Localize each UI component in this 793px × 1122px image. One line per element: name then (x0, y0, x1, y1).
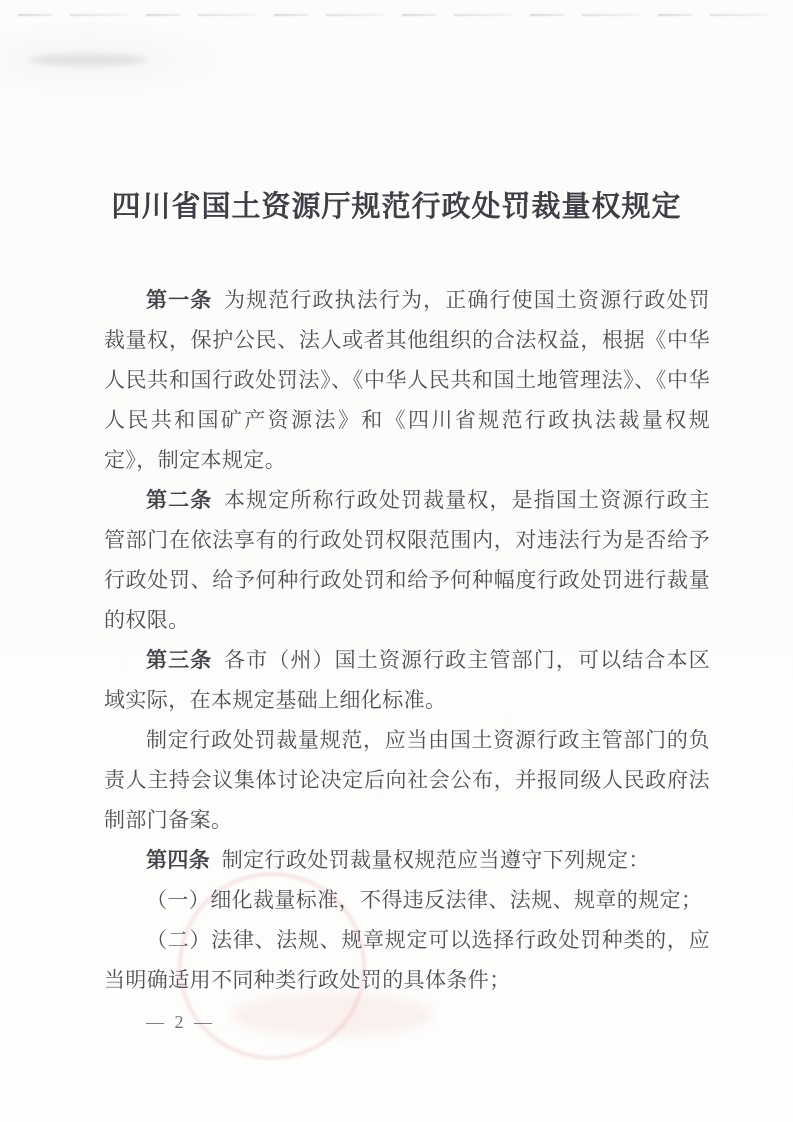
paragraph-text: 为规范行政执法行为，正确行使国土资源行政处罚裁量权，保护公民、法人或者其他组织的… (104, 288, 710, 472)
article-label: 第一条 (146, 288, 212, 312)
article-label: 第二条 (146, 488, 212, 512)
article-label: 第四条 (146, 848, 210, 872)
article-label: 第三条 (146, 648, 212, 672)
scan-smudge (28, 54, 148, 66)
document-body: 第一条为规范行政执法行为，正确行使国土资源行政处罚裁量权，保护公民、法人或者其他… (104, 280, 710, 1000)
document-page: 四川省国土资源厅规范行政处罚裁量权规定 第一条为规范行政执法行为，正确行使国土资… (0, 0, 793, 1122)
paragraph-text: 制定行政处罚裁量规范，应当由国土资源行政主管部门的负责人主持会议集体讨论决定后向… (104, 728, 710, 832)
seal-bleed-wash (232, 994, 432, 1036)
page-number: — 2 — (146, 1012, 215, 1033)
paragraph: 制定行政处罚裁量规范，应当由国土资源行政主管部门的负责人主持会议集体讨论决定后向… (104, 720, 710, 840)
paragraph: 第二条本规定所称行政处罚裁量权，是指国土资源行政主管部门在依法享有的行政处罚权限… (104, 480, 710, 640)
paragraph: 第四条制定行政处罚裁量权规范应当遵守下列规定： (104, 840, 710, 880)
paragraph-text: 制定行政处罚裁量权规范应当遵守下列规定： (222, 848, 650, 872)
paragraph: 第三条各市（州）国土资源行政主管部门，可以结合本区域实际，在本规定基础上细化标准… (104, 640, 710, 720)
scan-artifact-line (18, 14, 778, 16)
document-title: 四川省国土资源厅规范行政处罚裁量权规定 (0, 184, 793, 225)
paragraph: 第一条为规范行政执法行为，正确行使国土资源行政处罚裁量权，保护公民、法人或者其他… (104, 280, 710, 480)
